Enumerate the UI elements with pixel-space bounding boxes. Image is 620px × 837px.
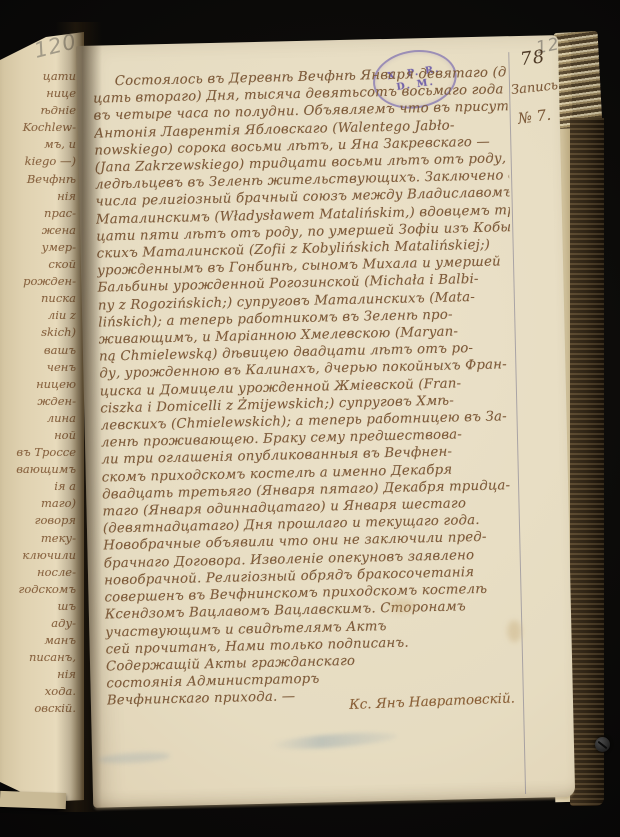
book-press-screw <box>595 737 610 752</box>
register-page: X. P. R. D. M. 121 78 Запись № 7. Состоя… <box>76 35 575 808</box>
text-fragment: Вечфнѣ <box>4 171 76 188</box>
page-edge-sliver <box>0 791 66 809</box>
text-fragment: годскомъ <box>4 581 76 598</box>
text-fragment: нія <box>4 666 76 683</box>
text-fragment: говоря <box>4 512 76 529</box>
text-fragment: вашъ <box>4 342 76 359</box>
text-fragment: манъ <box>4 632 76 649</box>
book-fore-edge <box>570 118 604 806</box>
text-fragment: kiego —) <box>4 153 76 170</box>
text-fragment: ченъ <box>4 359 76 376</box>
text-fragment: хода. <box>4 683 76 700</box>
text-fragment: таго) <box>4 495 76 512</box>
previous-page-edge: 120 цатиницеѣдніеKochlew-мъ, иkiego —)Ве… <box>0 28 84 804</box>
previous-page-text-fragments: цатиницеѣдніеKochlew-мъ, иkiego —)Вечфнѣ… <box>4 68 76 718</box>
text-fragment: нія <box>4 188 76 205</box>
text-fragment: писка <box>4 290 76 307</box>
text-fragment: аду- <box>4 615 76 632</box>
ink-bleedthrough <box>270 730 399 753</box>
text-fragment: овскій. <box>4 700 76 717</box>
margin-note-number: № 7. <box>517 108 552 127</box>
text-fragment: теку- <box>4 530 76 547</box>
text-fragment: ской <box>4 256 76 273</box>
text-fragment: въ Троссе <box>4 444 76 461</box>
text-fragment: ѣдніе <box>4 102 76 119</box>
text-fragment: ключили <box>4 547 76 564</box>
ink-bleedthrough <box>98 751 170 765</box>
text-fragment: писанъ, <box>4 649 76 666</box>
left-page-number-pencil: 120 <box>32 31 79 62</box>
scanned-register-page: 120 цатиницеѣдніеKochlew-мъ, иkiego —)Ве… <box>0 0 620 837</box>
text-fragment: носле- <box>4 564 76 581</box>
text-fragment: жден- <box>4 393 76 410</box>
page-stack-edges <box>554 31 603 129</box>
text-fragment: вающимъ <box>4 461 76 478</box>
text-fragment: ницею <box>4 376 76 393</box>
text-fragment: Kochlew- <box>4 119 76 136</box>
foxing-spot <box>507 620 521 642</box>
folio-number-ink: 78 <box>519 48 546 69</box>
text-fragment: skich) <box>4 324 76 341</box>
margin-note-record: Запись <box>511 79 559 97</box>
text-fragment: прас- <box>4 205 76 222</box>
text-fragment: умер- <box>4 239 76 256</box>
text-fragment: рожден- <box>4 273 76 290</box>
text-fragment: цати <box>4 68 76 85</box>
text-fragment: нице <box>4 85 76 102</box>
text-fragment: ія а <box>4 478 76 495</box>
text-fragment: ліи z <box>4 307 76 324</box>
text-fragment: жена <box>4 222 76 239</box>
text-fragment: шъ <box>4 598 76 615</box>
record-text: Состоялось въ Деревнѣ Вечфнѣ Января девя… <box>93 64 521 710</box>
text-fragment: лина <box>4 410 76 427</box>
text-fragment: мъ, и <box>4 136 76 153</box>
text-fragment: ной <box>4 427 76 444</box>
